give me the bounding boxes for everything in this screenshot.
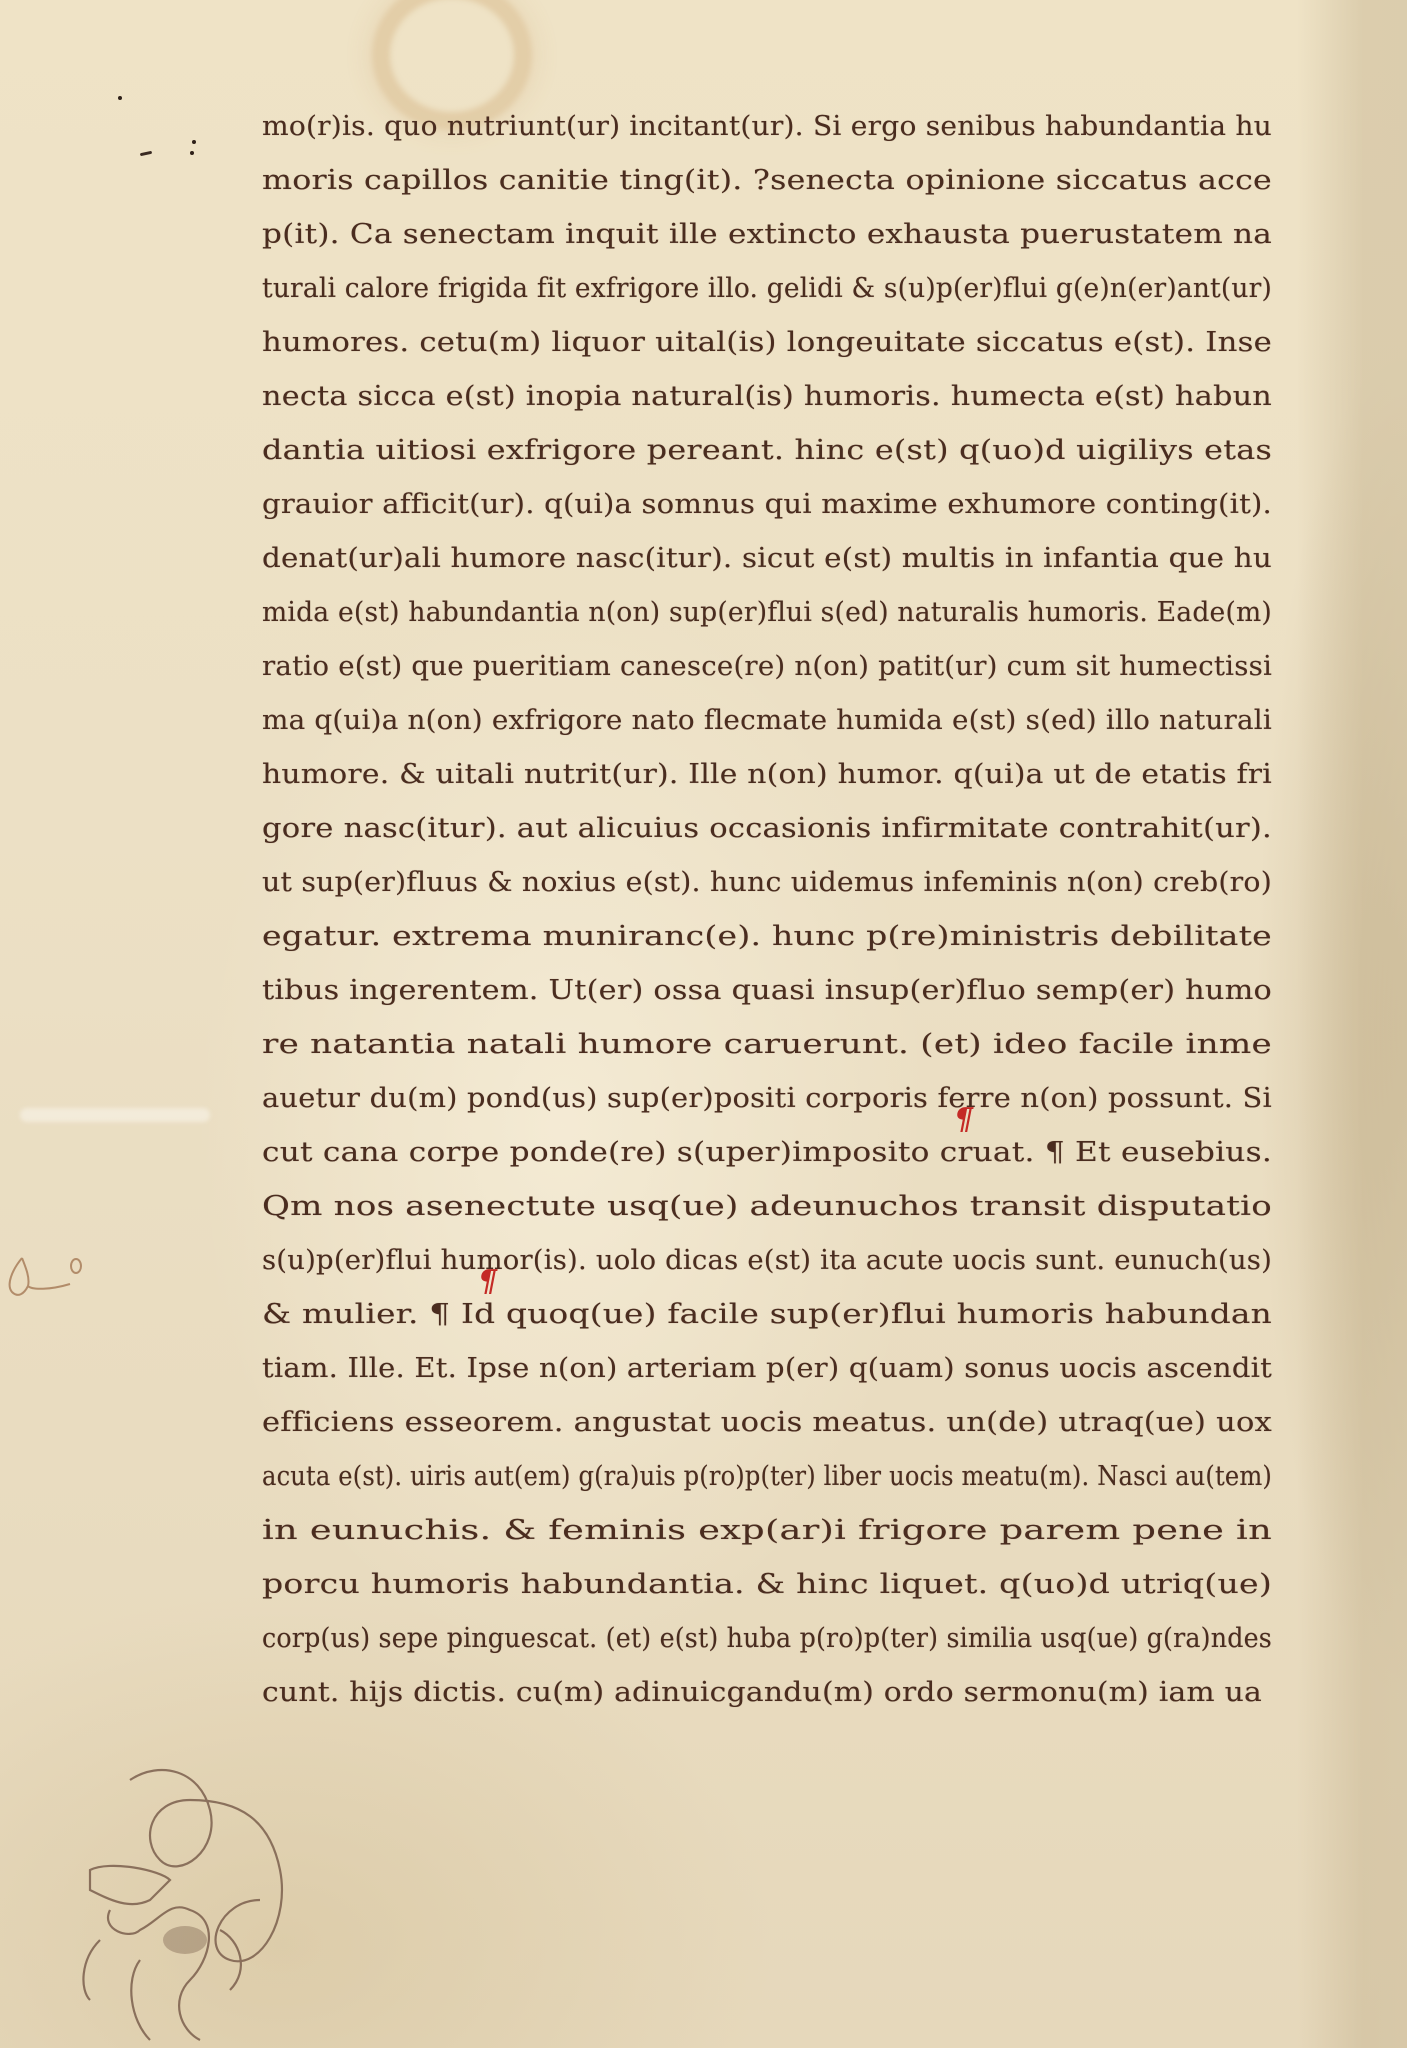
line-text: porcu humoris habundantia. & hinc liquet… bbox=[262, 1558, 1272, 1612]
text-line: efficiens esseorem. angustat uocis meatu… bbox=[262, 1396, 1292, 1450]
text-line: tibus ingerentem. Ut(er) ossa quasi insu… bbox=[262, 964, 1292, 1018]
text-line: acuta e(st). uiris aut(em) g(ra)uis p(ro… bbox=[262, 1450, 1292, 1504]
line-text: acuta e(st). uiris aut(em) g(ra)uis p(ro… bbox=[262, 1450, 1272, 1504]
manuscript-page: mo(r)is. quo nutriunt(ur) incitant(ur). … bbox=[0, 0, 1407, 2048]
line-text: dantia uitiosi exfrigore pereant. hinc e… bbox=[262, 424, 1272, 478]
line-text: moris capillos canitie ting(it). ?senect… bbox=[262, 154, 1272, 208]
line-text: necta sicca e(st) inopia natural(is) hum… bbox=[262, 370, 1272, 424]
line-text: humore. & uitali nutrit(ur). Ille n(on) … bbox=[262, 748, 1272, 802]
rubric-paragraph-mark: ¶ bbox=[954, 1102, 973, 1137]
line-text: mo(r)is. quo nutriunt(ur) incitant(ur). … bbox=[262, 100, 1272, 154]
text-line: dantia uitiosi exfrigore pereant. hinc e… bbox=[262, 424, 1292, 478]
text-line: humore. & uitali nutrit(ur). Ille n(on) … bbox=[262, 748, 1292, 802]
text-line: ut sup(er)fluus & noxius e(st). hunc uid… bbox=[262, 856, 1292, 910]
line-text: ut sup(er)fluus & noxius e(st). hunc uid… bbox=[262, 856, 1272, 910]
text-line: cunt. hijs dictis. cu(m) adinuicgandu(m)… bbox=[262, 1666, 1292, 1720]
text-line: tiam. Ille. Et. Ipse n(on) arteriam p(er… bbox=[262, 1342, 1292, 1396]
rubric-paragraph-mark: ¶ bbox=[478, 1264, 497, 1299]
margin-mark-dash bbox=[140, 151, 152, 156]
line-text: gore nasc(itur). aut alicuius occasionis… bbox=[262, 802, 1272, 856]
water-damage-streak bbox=[20, 1108, 210, 1122]
text-line: grauior afficit(ur). q(ui)a somnus qui m… bbox=[262, 478, 1292, 532]
text-line: cut cana corpe ponde(re) s(uper)imposito… bbox=[262, 1126, 1292, 1180]
page-edge-shadow bbox=[1297, 0, 1407, 2048]
text-line: Qm nos asenectute usq(ue) adeunuchos tra… bbox=[262, 1180, 1292, 1234]
line-text: auetur du(m) pond(us) sup(er)positi corp… bbox=[262, 1072, 1272, 1126]
line-text: tiam. Ille. Et. Ipse n(on) arteriam p(er… bbox=[262, 1342, 1272, 1396]
text-line: gore nasc(itur). aut alicuius occasionis… bbox=[262, 802, 1292, 856]
line-text: corp(us) sepe pinguescat. (et) e(st) hub… bbox=[262, 1612, 1272, 1666]
line-text: s(u)p(er)flui humor(is). uolo dicas e(st… bbox=[262, 1234, 1272, 1288]
text-line: s(u)p(er)flui humor(is). uolo dicas e(st… bbox=[262, 1234, 1292, 1288]
line-text: humores. cetu(m) liquor uital(is) longeu… bbox=[262, 316, 1272, 370]
text-line: ma q(ui)a n(on) exfrigore nato flecmate … bbox=[262, 694, 1292, 748]
line-text: p(it). Ca senectam inquit ille extincto … bbox=[262, 208, 1272, 262]
margin-mark-dot bbox=[118, 96, 122, 100]
text-line: necta sicca e(st) inopia natural(is) hum… bbox=[262, 370, 1292, 424]
text-line: p(it). Ca senectam inquit ille extincto … bbox=[262, 208, 1292, 262]
text-line: auetur du(m) pond(us) sup(er)positi corp… bbox=[262, 1072, 1292, 1126]
text-line: & mulier. ¶ Id quoq(ue) facile sup(er)fl… bbox=[262, 1288, 1292, 1342]
line-text: efficiens esseorem. angustat uocis meatu… bbox=[262, 1396, 1272, 1450]
line-text: in eunuchis. & feminis exp(ar)i frigore … bbox=[262, 1504, 1272, 1558]
text-line: mo(r)is. quo nutriunt(ur) incitant(ur). … bbox=[262, 100, 1292, 154]
line-text: grauior afficit(ur). q(ui)a somnus qui m… bbox=[262, 478, 1272, 532]
line-text: cut cana corpe ponde(re) s(uper)imposito… bbox=[262, 1126, 1272, 1180]
line-text: Qm nos asenectute usq(ue) adeunuchos tra… bbox=[262, 1180, 1272, 1234]
line-text: & mulier. ¶ Id quoq(ue) facile sup(er)fl… bbox=[262, 1288, 1272, 1342]
pen-trial-doodle-icon bbox=[70, 1760, 320, 2048]
line-text: turali calore frigida fit exfrigore illo… bbox=[262, 262, 1272, 316]
line-text: re natantia natali humore caruerunt. (et… bbox=[262, 1018, 1272, 1072]
text-line: moris capillos canitie ting(it). ?senect… bbox=[262, 154, 1292, 208]
text-line: in eunuchis. & feminis exp(ar)i frigore … bbox=[262, 1504, 1292, 1558]
text-block: mo(r)is. quo nutriunt(ur) incitant(ur). … bbox=[262, 100, 1292, 1720]
margin-mark-dot bbox=[192, 140, 196, 144]
line-text: cunt. hijs dictis. cu(m) adinuicgandu(m)… bbox=[262, 1666, 1262, 1720]
text-line: mida e(st) habundantia n(on) sup(er)flui… bbox=[262, 586, 1292, 640]
line-text: mida e(st) habundantia n(on) sup(er)flui… bbox=[262, 586, 1272, 640]
margin-mark-dot bbox=[190, 151, 194, 155]
text-line: denat(ur)ali humore nasc(itur). sicut e(… bbox=[262, 532, 1292, 586]
line-text: ratio e(st) que pueritiam canesce(re) n(… bbox=[262, 640, 1272, 694]
margin-sketch-icon bbox=[0, 1250, 90, 1310]
text-line: re natantia natali humore caruerunt. (et… bbox=[262, 1018, 1292, 1072]
text-line: corp(us) sepe pinguescat. (et) e(st) hub… bbox=[262, 1612, 1292, 1666]
line-text: denat(ur)ali humore nasc(itur). sicut e(… bbox=[262, 532, 1272, 586]
text-line: porcu humoris habundantia. & hinc liquet… bbox=[262, 1558, 1292, 1612]
line-text: egatur. extrema muniranc(e). hunc p(re)m… bbox=[262, 910, 1272, 964]
line-text: ma q(ui)a n(on) exfrigore nato flecmate … bbox=[262, 694, 1272, 748]
text-line: humores. cetu(m) liquor uital(is) longeu… bbox=[262, 316, 1292, 370]
line-text: tibus ingerentem. Ut(er) ossa quasi insu… bbox=[262, 964, 1272, 1018]
text-line: turali calore frigida fit exfrigore illo… bbox=[262, 262, 1292, 316]
text-line: egatur. extrema muniranc(e). hunc p(re)m… bbox=[262, 910, 1292, 964]
text-line: ratio e(st) que pueritiam canesce(re) n(… bbox=[262, 640, 1292, 694]
